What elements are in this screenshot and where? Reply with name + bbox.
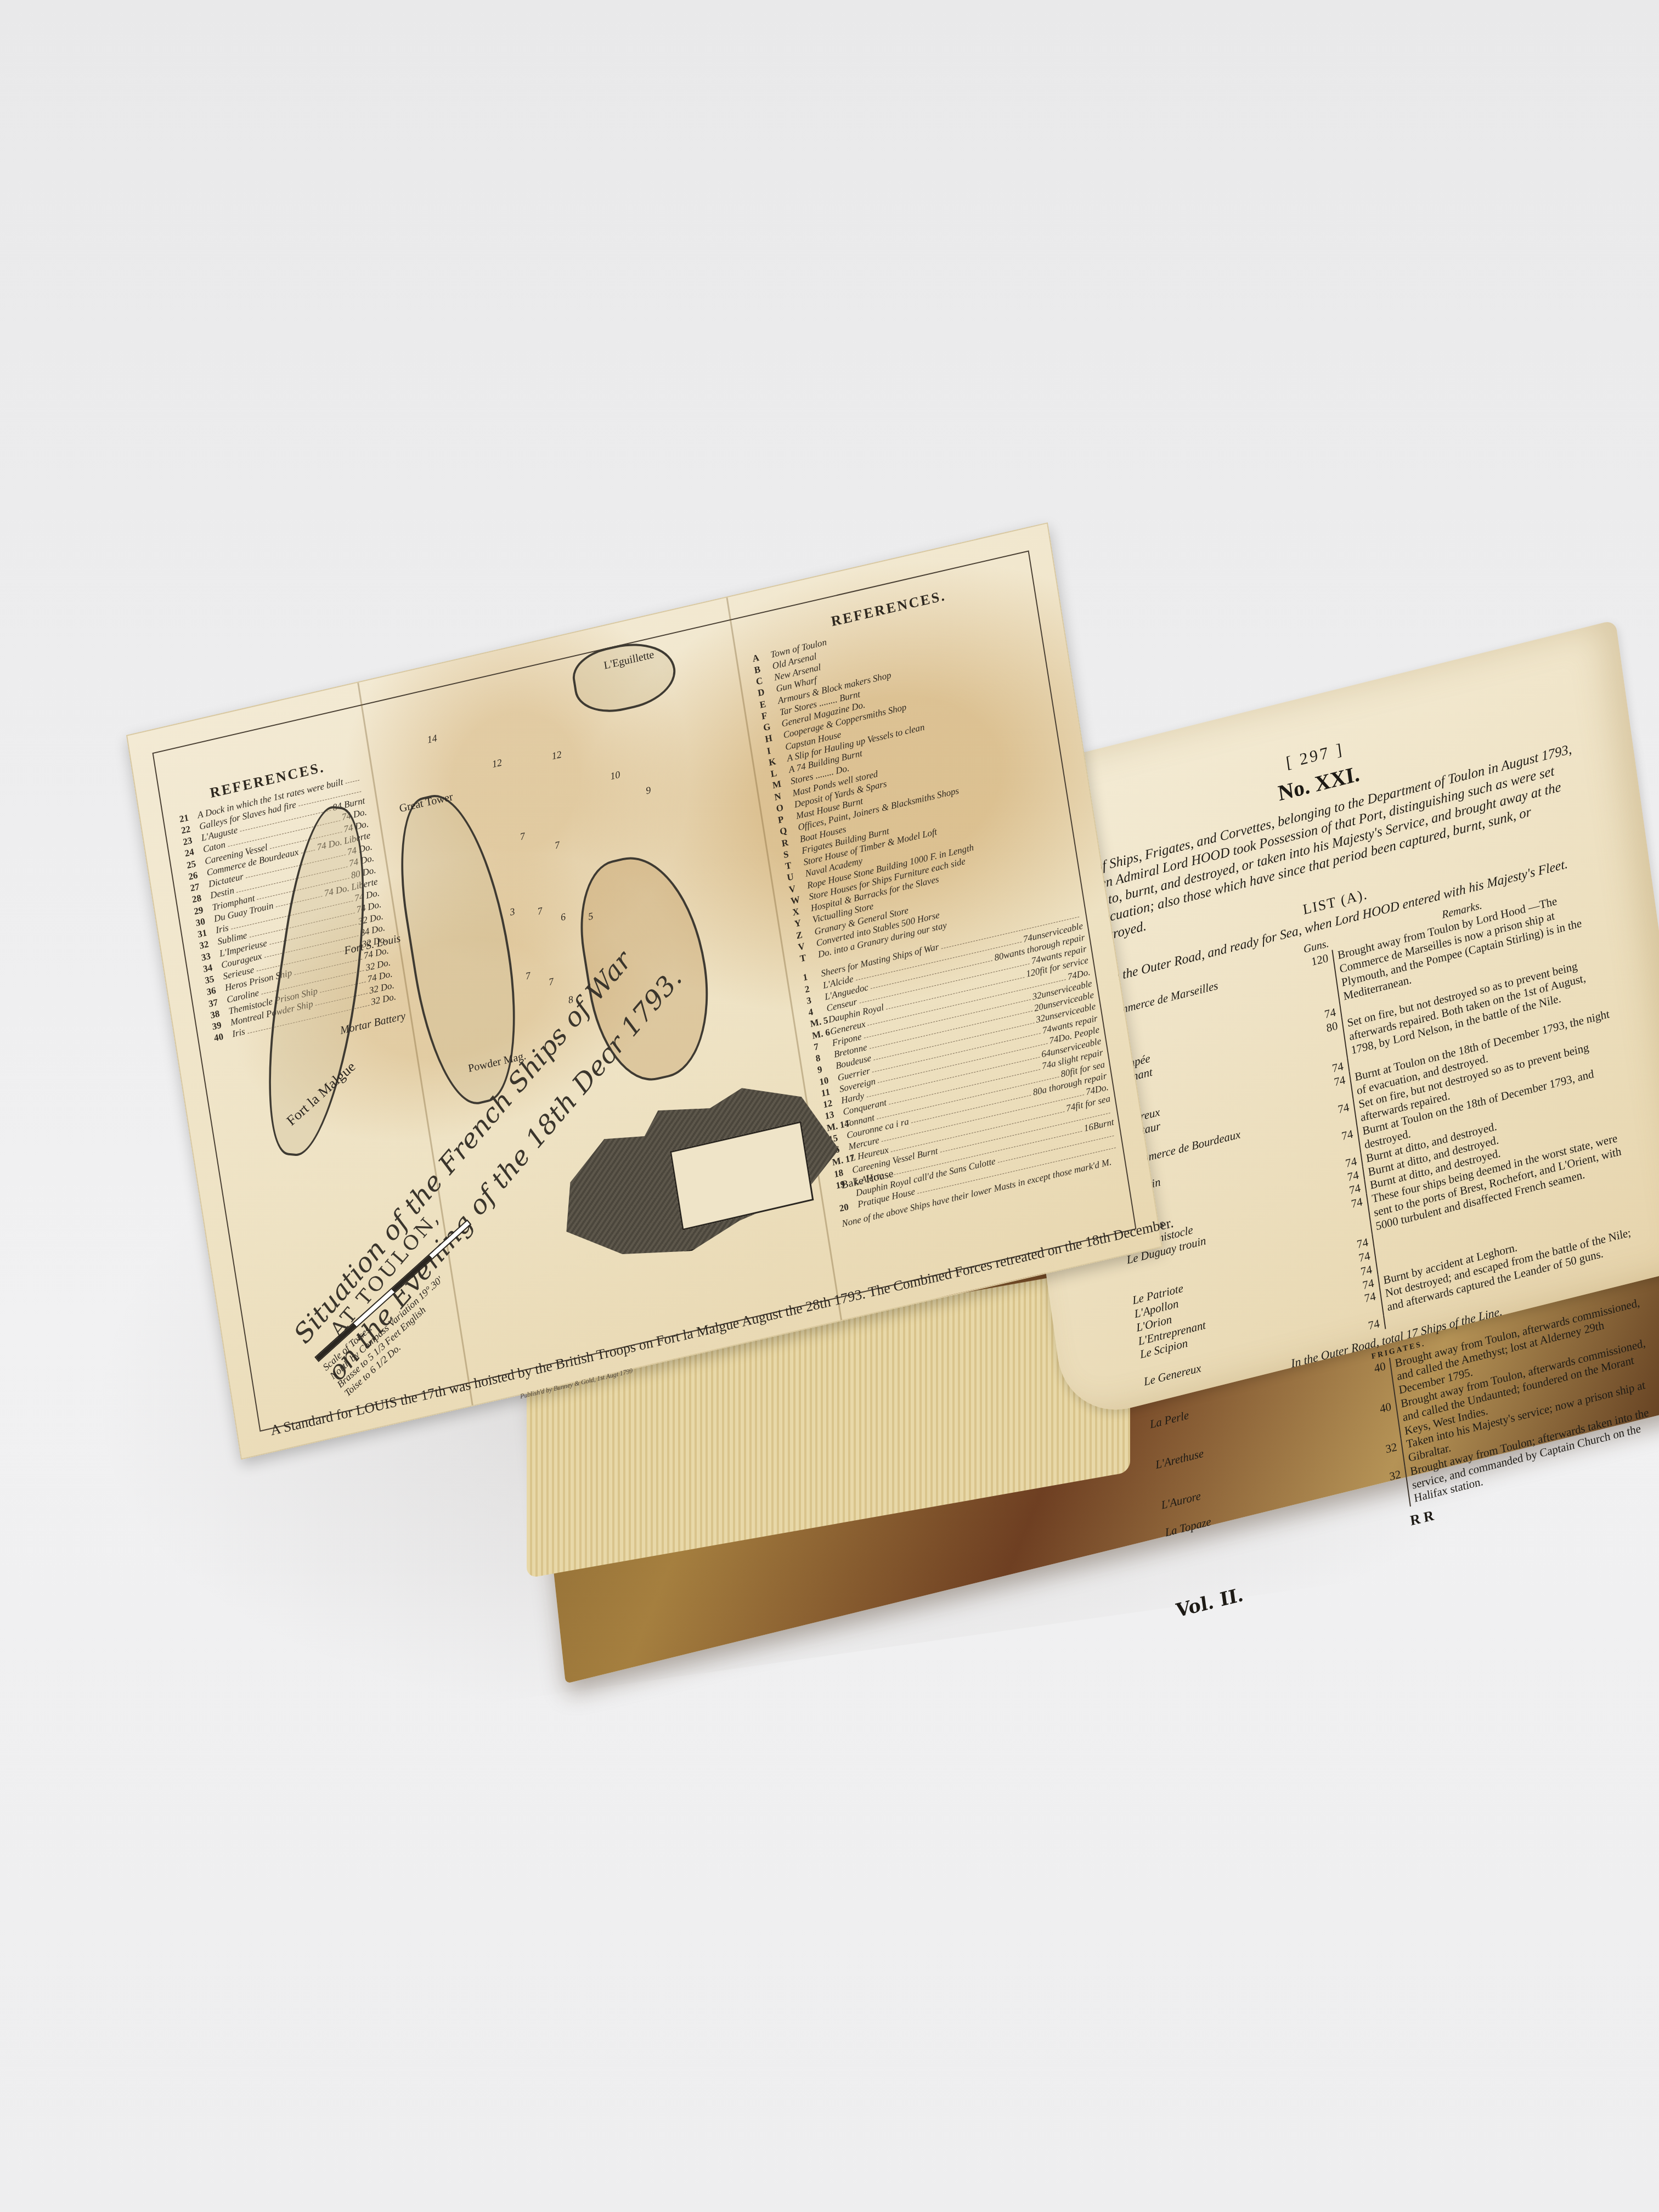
sounding: 14 — [426, 732, 438, 746]
sounding: 10 — [610, 769, 621, 782]
leader-dots — [344, 772, 359, 783]
sounding: 12 — [491, 757, 503, 770]
sounding: 12 — [551, 749, 562, 763]
